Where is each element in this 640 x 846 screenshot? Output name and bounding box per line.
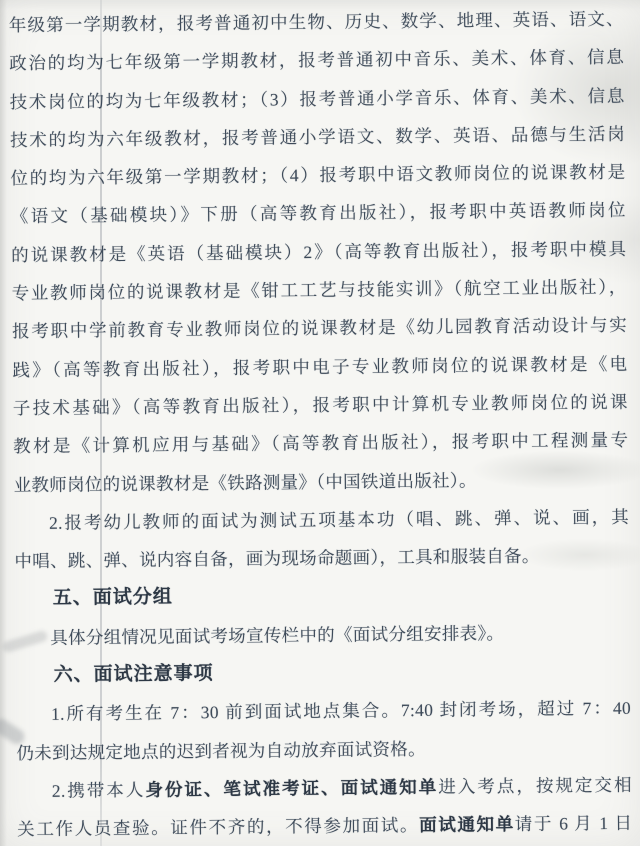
text-run: 《语文（基础模块）》下册（高等教育出版社），报考职中英语教师岗位 [11, 200, 626, 226]
text-run: 请于 6 月 1 日 [515, 813, 633, 834]
document-body: 年级第一学期教材，报考普通初中生物、历史、数学、地理、英语、语文、政治的均为七年… [0, 0, 640, 846]
text-run: 专业教师岗位的说课教材是《钳工工艺与技能实训》（航空工业出版社）， [12, 277, 627, 303]
text-run: 中唱、跳、弹、说内容自备，画为现场命题画），工具和服装自备。 [14, 546, 539, 571]
document-line: 2.携带本人身份证、笔试准考证、面试通知单进入考点，按规定交相 [17, 766, 632, 811]
text-run: 位的均为六年级第一学期教材；（4）报考职中语文教师岗位的说课教材是 [10, 162, 625, 188]
document-line: 政治的均为七年级第一学期教材，报考普通初中音乐、美术、体育、信息 [9, 38, 624, 83]
text-run: 技术岗位的均为七年级教材；（3）报考普通小学音乐、体育、美术、信息 [10, 85, 625, 111]
document-line: 位的均为六年级第一学期教材；（4）报考职中语文教师岗位的说课教材是 [10, 153, 625, 198]
text-run: 子技术基础》（高等教育出版社），报考职中计算机专业教师岗位的说课 [13, 392, 628, 418]
section-heading: 六、面试注意事项 [15, 651, 630, 696]
text-run: 2.携带本人 [52, 780, 146, 801]
text-run: 政治的均为七年级第一学期教材，报考普通初中音乐、美术、体育、信息 [9, 47, 624, 73]
document-line: 专业教师岗位的说课教材是《钳工工艺与技能实训》（航空工业出版社）， [11, 268, 626, 313]
document-line: 年级第一学期教材，报考普通初中生物、历史、数学、地理、英语、语文、 [9, 0, 624, 45]
document-line: 中唱、跳、弹、说内容自备，画为现场命题画），工具和服装自备。 [14, 536, 629, 581]
bold-term: 面试通知单 [419, 814, 515, 835]
document-line: 教材是《计算机应用与基础》（高等教育出版社），报考职中工程测量专 [13, 421, 628, 466]
document-line: 业教师岗位的说课教材是《铁路测量》（中国铁道出版社）。 [13, 459, 628, 504]
document-line: 技术岗位的均为七年级教材；（3）报考普通小学音乐、体育、美术、信息 [9, 76, 624, 121]
text-run: 技术的均为六年级教材，报考普通小学语文、数学、英语、品德与生活岗 [10, 124, 625, 150]
document-line: 《语文（基础模块）》下册（高等教育出版社），报考职中英语教师岗位 [11, 191, 626, 236]
text-run: 六、面试注意事项 [54, 663, 214, 686]
document-line: 仍未到达规定地点的迟到者视为自动放弃面试资格。 [16, 727, 631, 772]
text-run: 教材是《计算机应用与基础》（高等教育出版社），报考职中工程测量专 [13, 430, 628, 456]
document-line: 1.所有考生在 7：30 前到面试地点集合。7:40 封闭考场，超过 7：40 [16, 689, 631, 734]
text-run: 1.所有考生在 7：30 前到面试地点集合。7:40 封闭考场，超过 7：40 [51, 698, 631, 724]
text-run: 践》（高等教育出版社），报考职中电子专业教师岗位的说课教材是《电 [12, 353, 627, 379]
document-line: 子技术基础》（高等教育出版社），报考职中计算机专业教师岗位的说课 [13, 383, 628, 428]
text-run: 年级第一学期教材，报考普通初中生物、历史、数学、地理、英语、语文、 [9, 9, 624, 35]
section-heading: 五、面试分组 [15, 574, 630, 619]
text-run: 的说课教材是《英语（基础模块）2》（高等教育出版社），报考职中模具 [11, 239, 626, 265]
text-run: 具体分组情况见面试考场宣传栏中的《面试分组安排表》。 [50, 623, 504, 648]
document-line: 的说课教材是《英语（基础模块）2》（高等教育出版社），报考职中模具 [11, 230, 626, 275]
text-run: 报考职中学前教育专业教师岗位的说课教材是《幼儿园教育活动设计与实 [12, 315, 627, 341]
document-line: 技术的均为六年级教材，报考普通小学语文、数学、英语、品德与生活岗 [10, 115, 625, 160]
text-run: 关工作人员查验。证件不齐的，不得参加面试。 [17, 815, 419, 839]
text-run: 业教师岗位的说课教材是《铁路测量》（中国铁道出版社）。 [14, 470, 477, 495]
document-line: 关工作人员查验。证件不齐的，不得参加面试。面试通知单请于 6 月 1 日 [17, 804, 632, 846]
scanned-document-page: 年级第一学期教材，报考普通初中生物、历史、数学、地理、英语、语文、政治的均为七年… [0, 0, 640, 846]
text-run: 仍未到达规定地点的迟到者视为自动放弃面试资格。 [16, 739, 426, 763]
document-line: 践》（高等教育出版社），报考职中电子专业教师岗位的说课教材是《电 [12, 344, 627, 389]
bold-term: 身份证、笔试准考证、面试通知单 [145, 777, 438, 800]
document-line: 具体分组情况见面试考场宣传栏中的《面试分组安排表》。 [15, 613, 630, 658]
document-line: 报考职中学前教育专业教师岗位的说课教材是《幼儿园教育活动设计与实 [12, 306, 627, 351]
document-line: 2.报考幼儿教师的面试为测试五项基本功（唱、跳、弹、说、画，其 [14, 498, 629, 543]
text-run: 进入考点，按规定交相 [438, 775, 632, 797]
text-run: 2.报考幼儿教师的面试为测试五项基本功（唱、跳、弹、说、画，其 [49, 507, 629, 533]
text-run: 五、面试分组 [53, 587, 173, 609]
